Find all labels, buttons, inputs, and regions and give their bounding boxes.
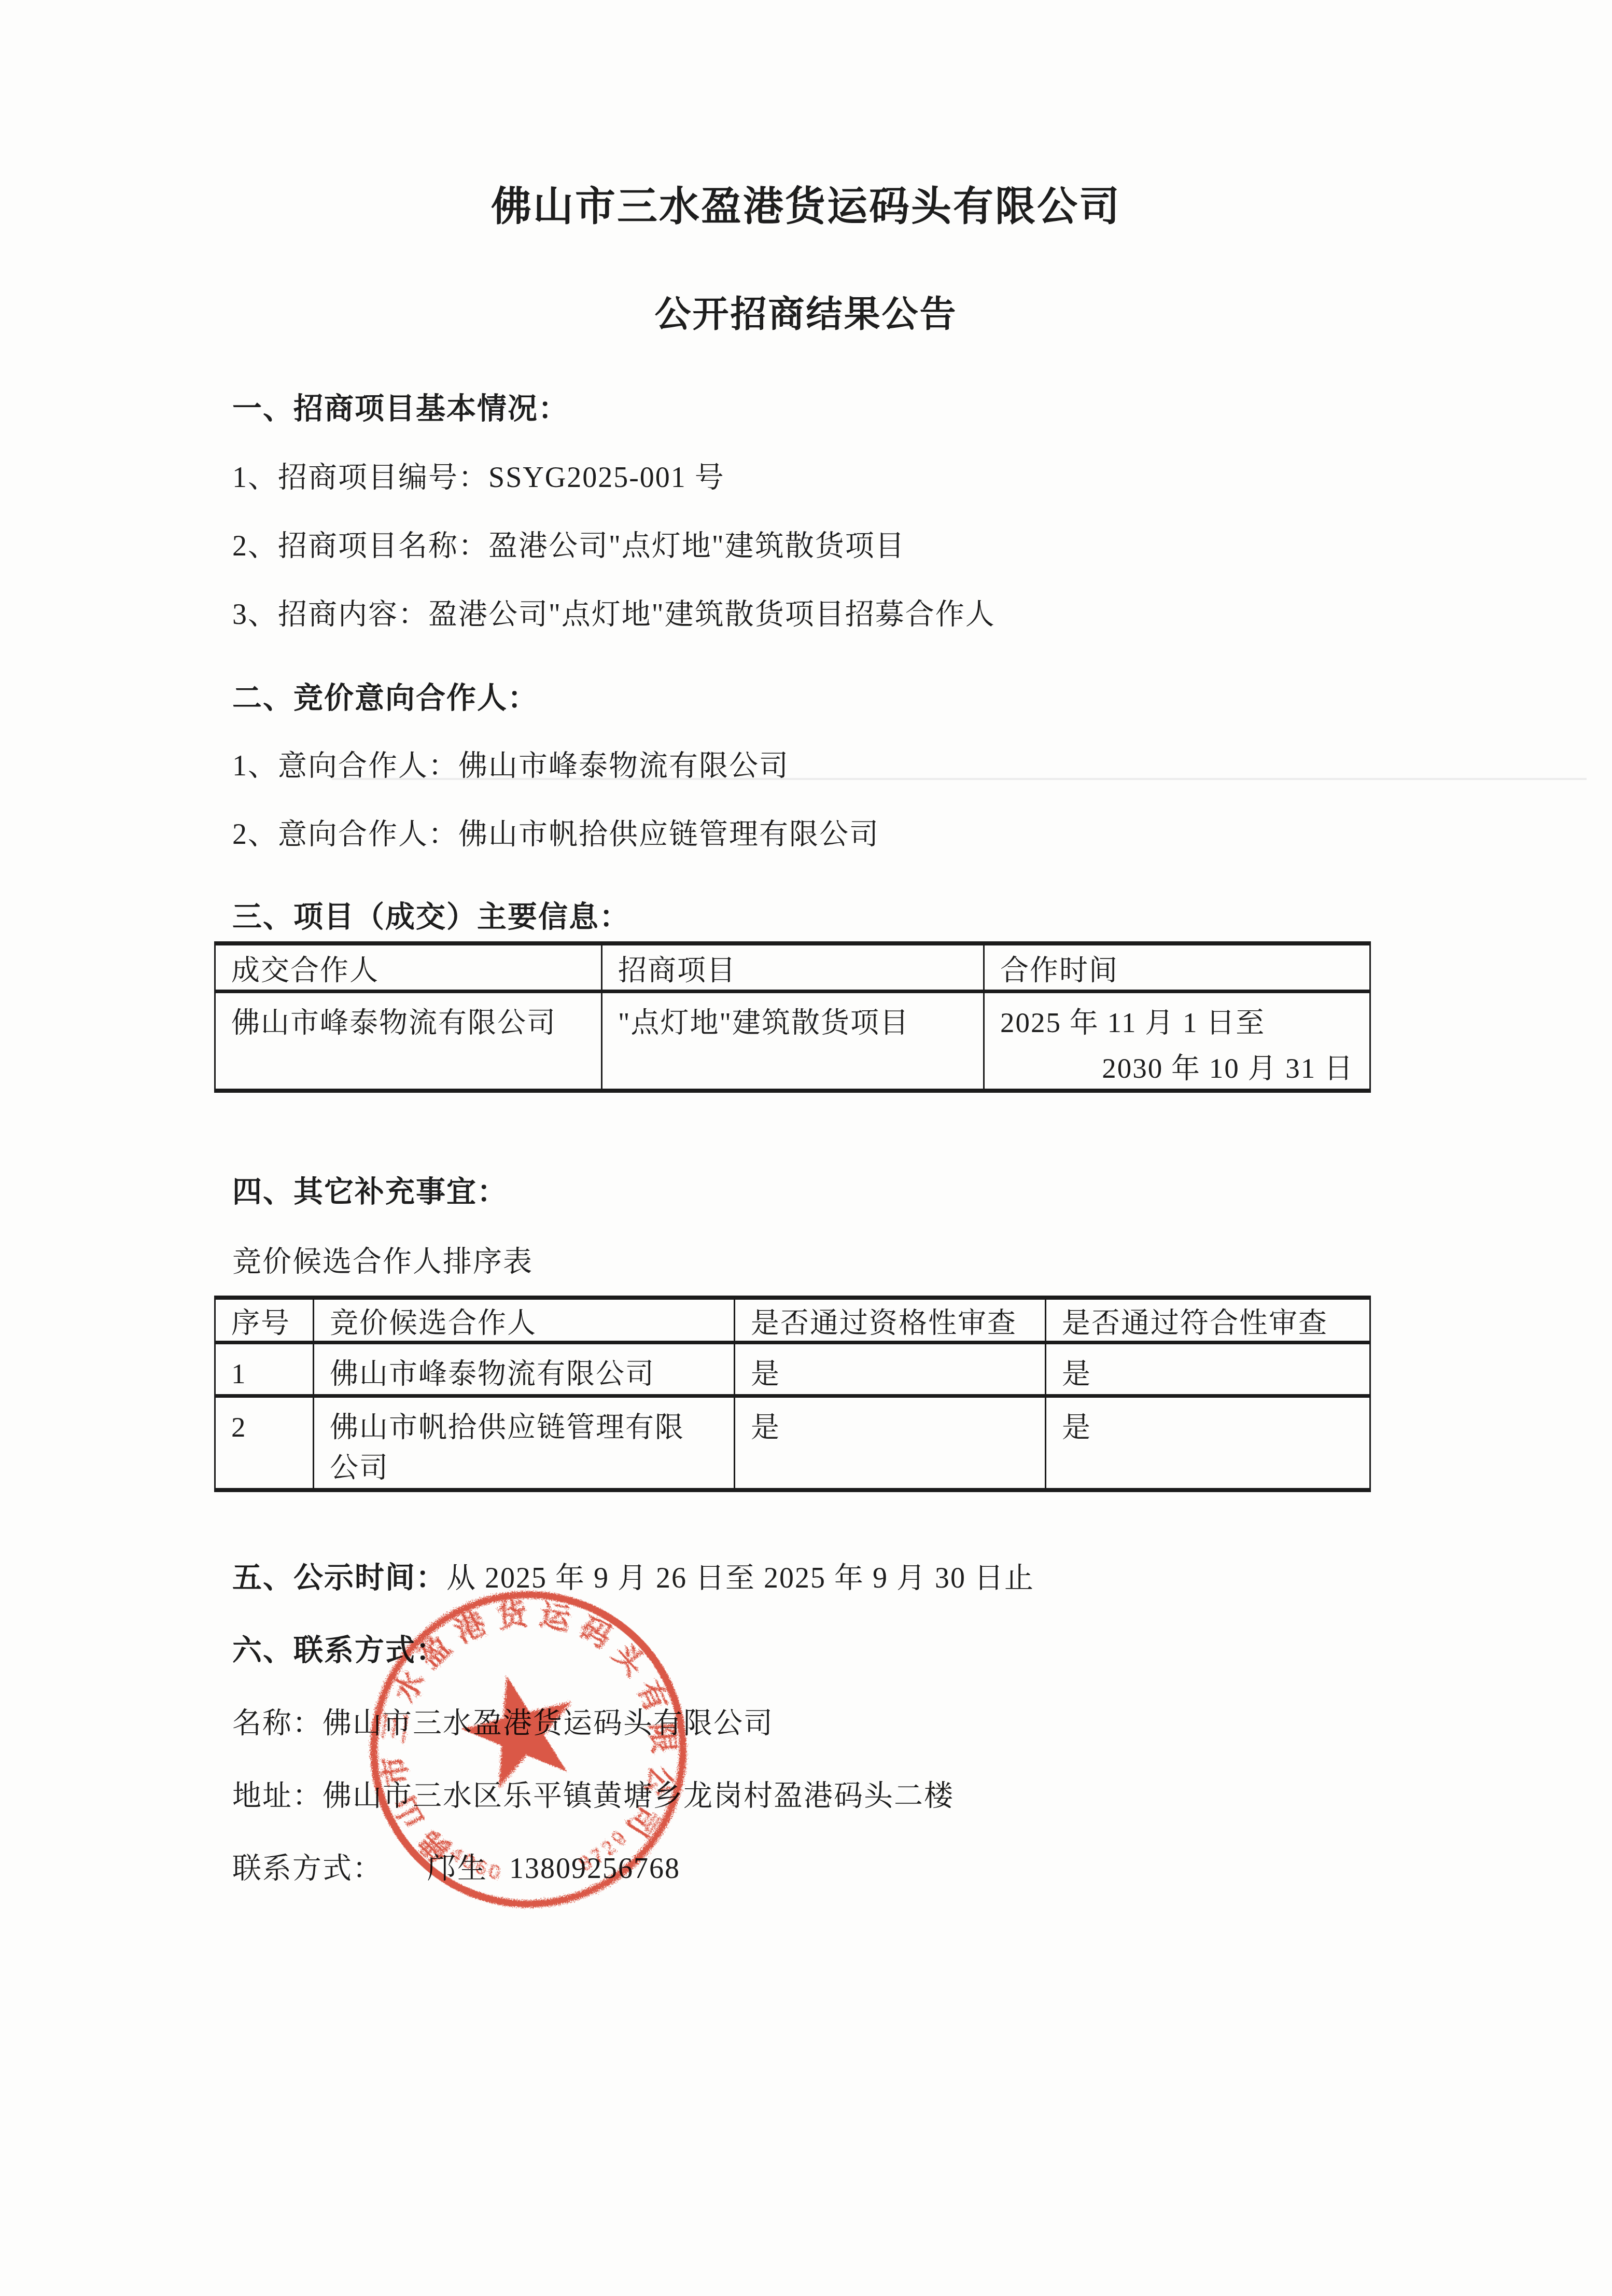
period-line-2: 2030 年 10 月 31 日: [1000, 1048, 1359, 1089]
contact-address-label: 地址：: [232, 1780, 323, 1812]
section-1-item-1: 1、招商项目编号：SSYG2025-001 号: [232, 454, 725, 496]
award-table-row: 佛山市峰泰物流有限公司 "点灯地"建筑散货项目 2025 年 11 月 1 日至…: [215, 991, 1370, 1091]
award-cell-partner: 佛山市峰泰物流有限公司: [215, 991, 602, 1091]
company-seal-graphic: 佛山市三水盈港货运码头有限公司 44060 8729: [348, 1569, 708, 1929]
company-seal: 佛山市三水盈港货运码头有限公司 44060 8729: [348, 1569, 708, 1929]
scanned-announcement-page: 佛山市三水盈港货运码头有限公司 公开招商结果公告 一、招商项目基本情况： 1、招…: [0, 0, 1612, 2296]
period-line-1: 2025 年 11 月 1 日至: [1000, 1003, 1359, 1043]
scan-artifact-streak: [332, 778, 1587, 780]
candidate-2-name-line-2: 公司: [330, 1448, 723, 1488]
award-cell-period: 2025 年 11 月 1 日至 2030 年 10 月 31 日: [984, 991, 1370, 1091]
award-header-period: 合作时间: [984, 943, 1370, 991]
page-subtitle: 公开招商结果公告: [0, 285, 1612, 338]
section-3-heading: 三、项目（成交）主要信息：: [232, 893, 630, 936]
contact-name-label: 名称：: [232, 1707, 323, 1740]
candidate-ranking-note: 竞价候选合作人排序表: [232, 1239, 533, 1280]
candidate-table: 序号 竞价候选合作人 是否通过资格性审查 是否通过符合性审查 1 佛山市峰泰物流…: [214, 1296, 1371, 1492]
candidate-header-name: 竞价候选合作人: [314, 1298, 735, 1343]
candidate-table-header-row: 序号 竞价候选合作人 是否通过资格性审查 是否通过符合性审查: [215, 1298, 1370, 1343]
seal-star-icon: [458, 1671, 578, 1791]
section-2-heading: 二、竞价意向合作人：: [232, 674, 538, 717]
candidate-2-conformity: 是: [1046, 1396, 1370, 1491]
section-1-item-2: 2、招商项目名称：盈港公司"点灯地"建筑散货项目: [232, 523, 905, 564]
candidate-2-name-line-1: 佛山市帆拾供应链管理有限: [330, 1407, 723, 1448]
candidate-header-conformity: 是否通过符合性审查: [1046, 1298, 1370, 1343]
candidate-header-qualification: 是否通过资格性审查: [735, 1298, 1046, 1343]
section-4-heading: 四、其它补充事宜：: [232, 1168, 508, 1210]
candidate-1-qualification: 是: [735, 1343, 1046, 1396]
candidate-1-conformity: 是: [1046, 1343, 1370, 1396]
award-header-project: 招商项目: [602, 943, 984, 991]
section-1-item-3: 3、招商内容：盈港公司"点灯地"建筑散货项目招募合作人: [232, 591, 996, 633]
candidate-1-no: 1: [215, 1343, 314, 1396]
candidate-row-1: 1 佛山市峰泰物流有限公司 是 是: [215, 1343, 1370, 1396]
candidate-row-2: 2 佛山市帆拾供应链管理有限 公司 是 是: [215, 1396, 1370, 1491]
award-cell-project: "点灯地"建筑散货项目: [602, 991, 984, 1091]
candidate-header-no: 序号: [215, 1298, 314, 1343]
award-header-partner: 成交合作人: [215, 943, 602, 991]
award-table: 成交合作人 招商项目 合作时间 佛山市峰泰物流有限公司 "点灯地"建筑散货项目 …: [214, 941, 1371, 1093]
contact-phone-label: 联系方式：: [232, 1853, 383, 1885]
award-table-header-row: 成交合作人 招商项目 合作时间: [215, 943, 1370, 991]
section-1-heading: 一、招商项目基本情况：: [232, 385, 569, 427]
candidate-2-no: 2: [215, 1396, 314, 1491]
page-title: 佛山市三水盈港货运码头有限公司: [0, 174, 1612, 232]
candidate-2-name: 佛山市帆拾供应链管理有限 公司: [314, 1396, 735, 1491]
candidate-2-qualification: 是: [735, 1396, 1046, 1491]
section-2-item-2: 2、意向合作人：佛山市帆拾供应链管理有限公司: [232, 811, 879, 853]
candidate-1-name: 佛山市峰泰物流有限公司: [314, 1343, 735, 1396]
